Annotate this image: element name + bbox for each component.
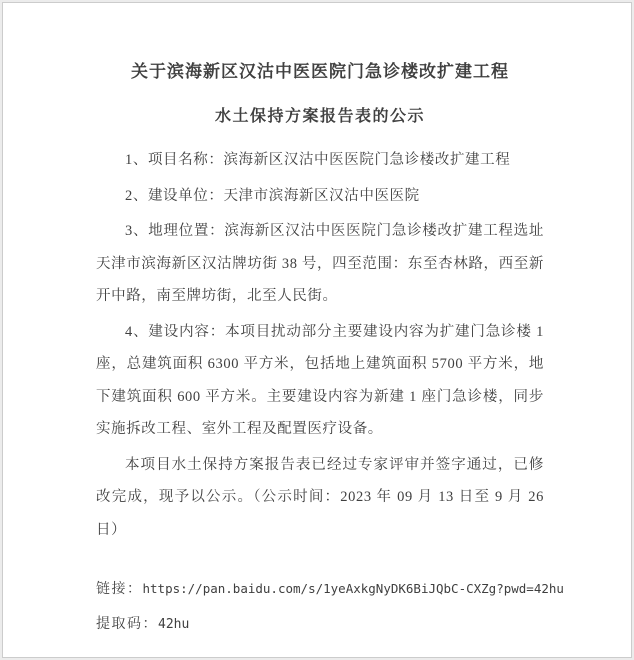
paragraph-project-name: 1、项目名称：滨海新区汉沽中医医院门急诊楼改扩建工程 <box>96 144 544 177</box>
document-page: 关于滨海新区汉沽中医医院门急诊楼改扩建工程 水土保持方案报告表的公示 1、项目名… <box>2 2 632 658</box>
link-label: 链接： <box>96 582 143 597</box>
paragraph-construction-unit: 2、建设单位：天津市滨海新区汉沽中医医院 <box>96 180 544 213</box>
paragraph-geographic-location: 3、地理位置：滨海新区汉沽中医医院门急诊楼改扩建工程选址天津市滨海新区汉沽牌坊街… <box>96 215 544 313</box>
link-row: 链接：https://pan.baidu.com/s/1yeAxkgNyDK6B… <box>96 578 544 601</box>
notice-content: 关于滨海新区汉沽中医医院门急诊楼改扩建工程 水土保持方案报告表的公示 1、项目名… <box>96 59 544 636</box>
notice-subtitle: 水土保持方案报告表的公示 <box>96 105 544 129</box>
link-url: https://pan.baidu.com/s/1yeAxkgNyDK6BiJQ… <box>143 581 564 596</box>
notice-title: 关于滨海新区汉沽中医医院门急诊楼改扩建工程 <box>96 59 544 85</box>
screenshot-root: { "document": { "title_line1": "关于滨海新区汉沽… <box>0 0 634 660</box>
extraction-code-row: 提取码：42hu <box>96 614 544 636</box>
extraction-code-label: 提取码： <box>96 617 158 632</box>
extraction-code-value: 42hu <box>158 617 189 632</box>
paragraph-review-status: 本项目水土保持方案报告表已经过专家评审并签字通过，已修改完成，现予以公示。（公示… <box>96 449 544 547</box>
paragraph-construction-content: 4、建设内容：本项目扰动部分主要建设内容为扩建门急诊楼 1 座，总建筑面积 63… <box>96 316 544 446</box>
download-links-block: 链接：https://pan.baidu.com/s/1yeAxkgNyDK6B… <box>96 578 544 636</box>
notice-body: 1、项目名称：滨海新区汉沽中医医院门急诊楼改扩建工程 2、建设单位：天津市滨海新… <box>96 144 544 546</box>
